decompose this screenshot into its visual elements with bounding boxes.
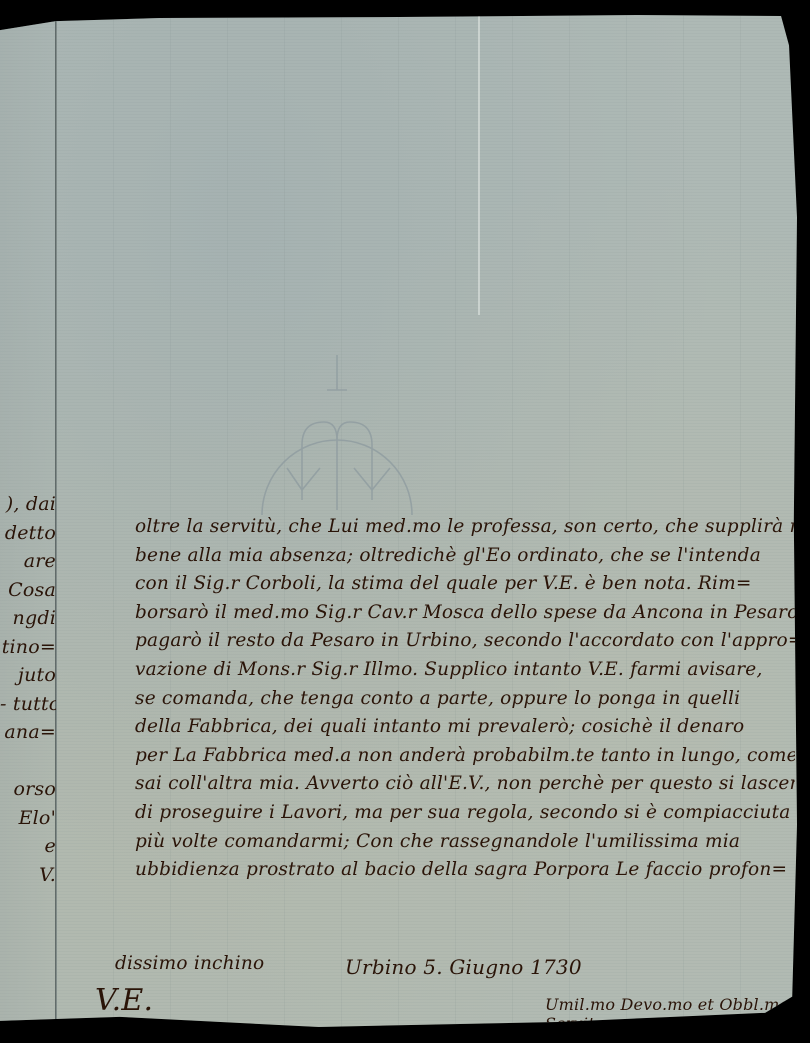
letter-line: più volte comandarmi; Con che rassegnand…	[135, 828, 795, 857]
left-fragment-line	[0, 747, 56, 776]
scanned-document: ), dai detto are Cosa ngdi tino= juto - …	[0, 0, 810, 1043]
letter-line: bene alla mia absenza; oltredichè gl'Eo …	[135, 542, 795, 571]
letter-line: sai coll'altra mia. Avverto ciò all'E.V.…	[135, 770, 795, 799]
paper-sheet: ), dai detto are Cosa ngdi tino= juto - …	[0, 15, 797, 1027]
left-page-text: ), dai detto are Cosa ngdi tino= juto - …	[0, 490, 56, 889]
letter-line: di proseguire i Lavori, ma per sua regol…	[135, 799, 795, 828]
left-fragment-line: - tutto	[0, 690, 56, 719]
signature-title: Umil.mo Devo.mo et Obbl.mo Servitore	[545, 995, 797, 1033]
left-fragment-line: V.	[0, 861, 56, 890]
left-fragment-line: orso	[0, 775, 56, 804]
signature-name: Benedetto Alevandini	[565, 1020, 743, 1039]
closing-line: dissimo inchino	[115, 953, 264, 974]
watermark-circle-arrows-icon	[252, 350, 422, 520]
letter-line: con il Sig.r Corboli, la stima del quale…	[135, 570, 795, 599]
letter-line: vazione di Mons.r Sig.r Illmo. Supplico …	[135, 656, 795, 685]
letter-line: della Fabbrica, dei quali intanto mi pre…	[135, 713, 795, 742]
salutation: V.E.	[95, 983, 153, 1018]
letter-line: pagarò il resto da Pesaro in Urbino, sec…	[135, 627, 795, 656]
left-fragment-line: ngdi	[0, 604, 56, 633]
left-fragment-line: juto	[0, 661, 56, 690]
left-fragment-line: e	[0, 832, 56, 861]
letter-line: se comanda, che tenga conto a parte, opp…	[135, 685, 795, 714]
letter-line: ubbidienza prostrato al bacio della sagr…	[135, 856, 795, 885]
left-fragment-line: ), dai	[0, 490, 56, 519]
date-line: Urbino 5. Giugno 1730	[345, 955, 582, 979]
left-fragment-line: tino=	[0, 633, 56, 662]
letter-body: oltre la servitù, che Lui med.mo le prof…	[135, 513, 795, 885]
left-fragment-line: Elo'	[0, 804, 56, 833]
left-fragment-line: ana=	[0, 718, 56, 747]
letter-line: per La Fabbrica med.a non anderà probabi…	[135, 742, 795, 771]
letter-line: borsarò il med.mo Sig.r Cav.r Mosca dell…	[135, 599, 795, 628]
left-fragment-line: are	[0, 547, 56, 576]
left-fragment-line: Cosa	[0, 576, 56, 605]
left-fragment-line: detto	[0, 519, 56, 548]
letter-line: oltre la servitù, che Lui med.mo le prof…	[135, 513, 795, 542]
paper-crease	[478, 15, 480, 315]
